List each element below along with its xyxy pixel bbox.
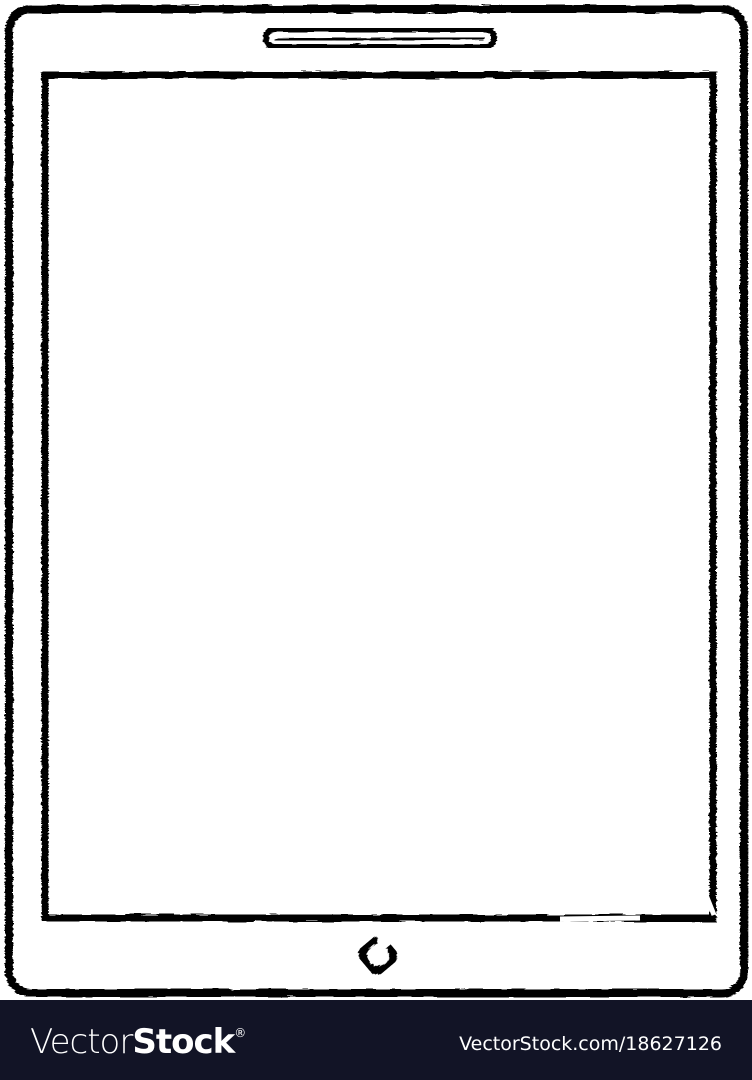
screen (45, 75, 713, 918)
registered-mark-icon: ® (234, 1026, 245, 1040)
watermark-banner: VectorStock® VectorStock.com/18627126 (0, 1000, 752, 1080)
vectorstock-logo: VectorStock® (30, 1022, 245, 1062)
image-url-text: VectorStock.com/18627126 (459, 1033, 722, 1055)
brand-bold-text: Stock (132, 1022, 234, 1062)
brand-light-text: Vector (30, 1022, 132, 1062)
tablet-illustration (0, 0, 752, 1000)
